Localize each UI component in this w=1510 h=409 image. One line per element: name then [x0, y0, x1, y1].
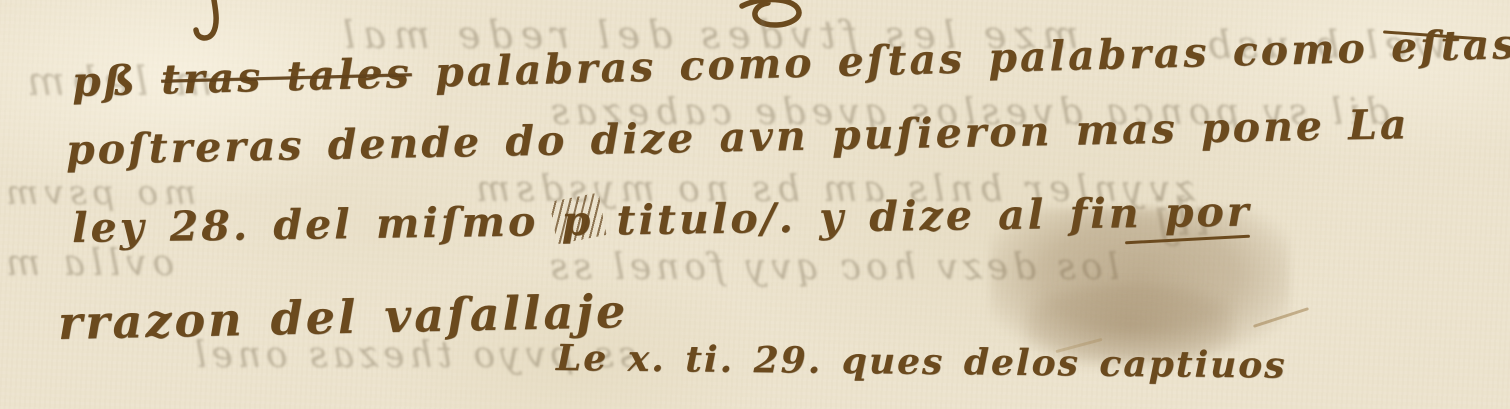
line5-text: Le x. ti. 29. ques delos captiuos — [556, 337, 1287, 387]
line1-opening-abbreviation: pß — [71, 56, 161, 106]
manuscript-line-5: Le x. ti. 29. ques delos captiuos — [556, 340, 1287, 384]
line3-text-start: ley 28. del miſmo — [72, 197, 562, 252]
line3-scribbled-abbreviation: p — [561, 201, 593, 242]
line3-text-end: titulo/. y dize al fin por — [593, 188, 1252, 245]
manuscript-line-3: ley 28. del miſmo p titulo/. y dize al f… — [72, 192, 1252, 249]
descender-hook-stroke — [185, 0, 255, 46]
manuscript-page: m lebm mze les ftvdes del rede mal wel b… — [0, 0, 1510, 409]
line1-struck-words: tras tales — [160, 49, 412, 104]
manuscript-line-2: poſtreras dende do dize avn puſieron mas… — [66, 104, 1410, 171]
manuscript-line-4: rrazon del vaſallaje — [58, 288, 629, 346]
light-dash-stroke — [1253, 307, 1309, 328]
bleed-through-text: los dezv hoc qvy fonel ss — [545, 250, 1119, 286]
